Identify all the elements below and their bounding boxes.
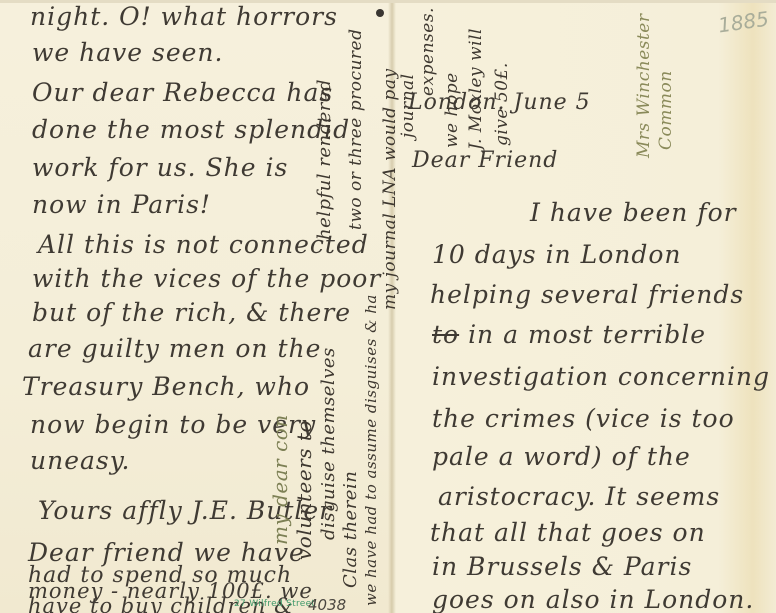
cross-line-2: volunteers to [292,420,316,560]
right-line-8: aristocracy. It seems [438,482,720,511]
right-line-4-text: in a most terrible [468,320,706,349]
left-line-3: Our dear Rebecca has [32,78,333,107]
right-line-7: pale a word) of the [432,442,691,471]
annotation-winchester: Mrs Winchester [634,14,654,159]
left-line-9: but of the rich, & there [32,298,351,327]
cross-line-3: disguise themselves [318,347,339,540]
left-line-2: we have seen. [32,38,223,67]
right-line-3: helping several friends [430,280,744,309]
left-line-5: work for us. She is [32,153,288,182]
left-line-6: now in Paris! [32,190,211,219]
right-line-11: goes on also in London. [432,585,754,613]
fold-line-2: two or three procured [346,28,366,230]
left-line-13: uneasy. [30,446,130,475]
fold-line-3: my journal LNA would pay [380,68,400,310]
right-line-9: that all that goes on [430,518,706,547]
right-vert-2: expenses. [418,7,438,96]
salutation: Dear Friend [412,148,558,173]
right-line-5: investigation concerning [432,362,770,391]
struck-word: to [432,320,459,349]
catalogue-number: 4038 [308,596,346,613]
right-line-1: I have been for [530,198,737,227]
cross-line-1: my dear con [268,414,292,545]
archive-stamp: 27 Wilfred Street [234,599,315,609]
left-line-10: are guilty men on the [28,334,321,363]
left-line-11: Treasury Bench, who [22,372,310,401]
left-line-1: night. O! what horrors [30,2,338,31]
right-line-6: the crimes (vice is too [432,404,735,433]
fold-line-1: helpful rendered [314,79,335,240]
cross-line-5: we have had to assume disguises & ha [362,294,380,606]
cross-line-4: Clas therein [340,471,361,588]
dateline: London. June 5 [408,90,591,115]
left-line-8: with the vices of the poor [32,264,381,293]
left-line-4: done the most splendid [32,115,350,144]
right-line-4: to in a most terrible [432,320,706,349]
right-line-2: 10 days in London [432,240,682,269]
right-line-10: in Brussels & Paris [432,552,692,581]
annotation-common: Common [656,70,676,150]
ink-blot [376,9,384,17]
